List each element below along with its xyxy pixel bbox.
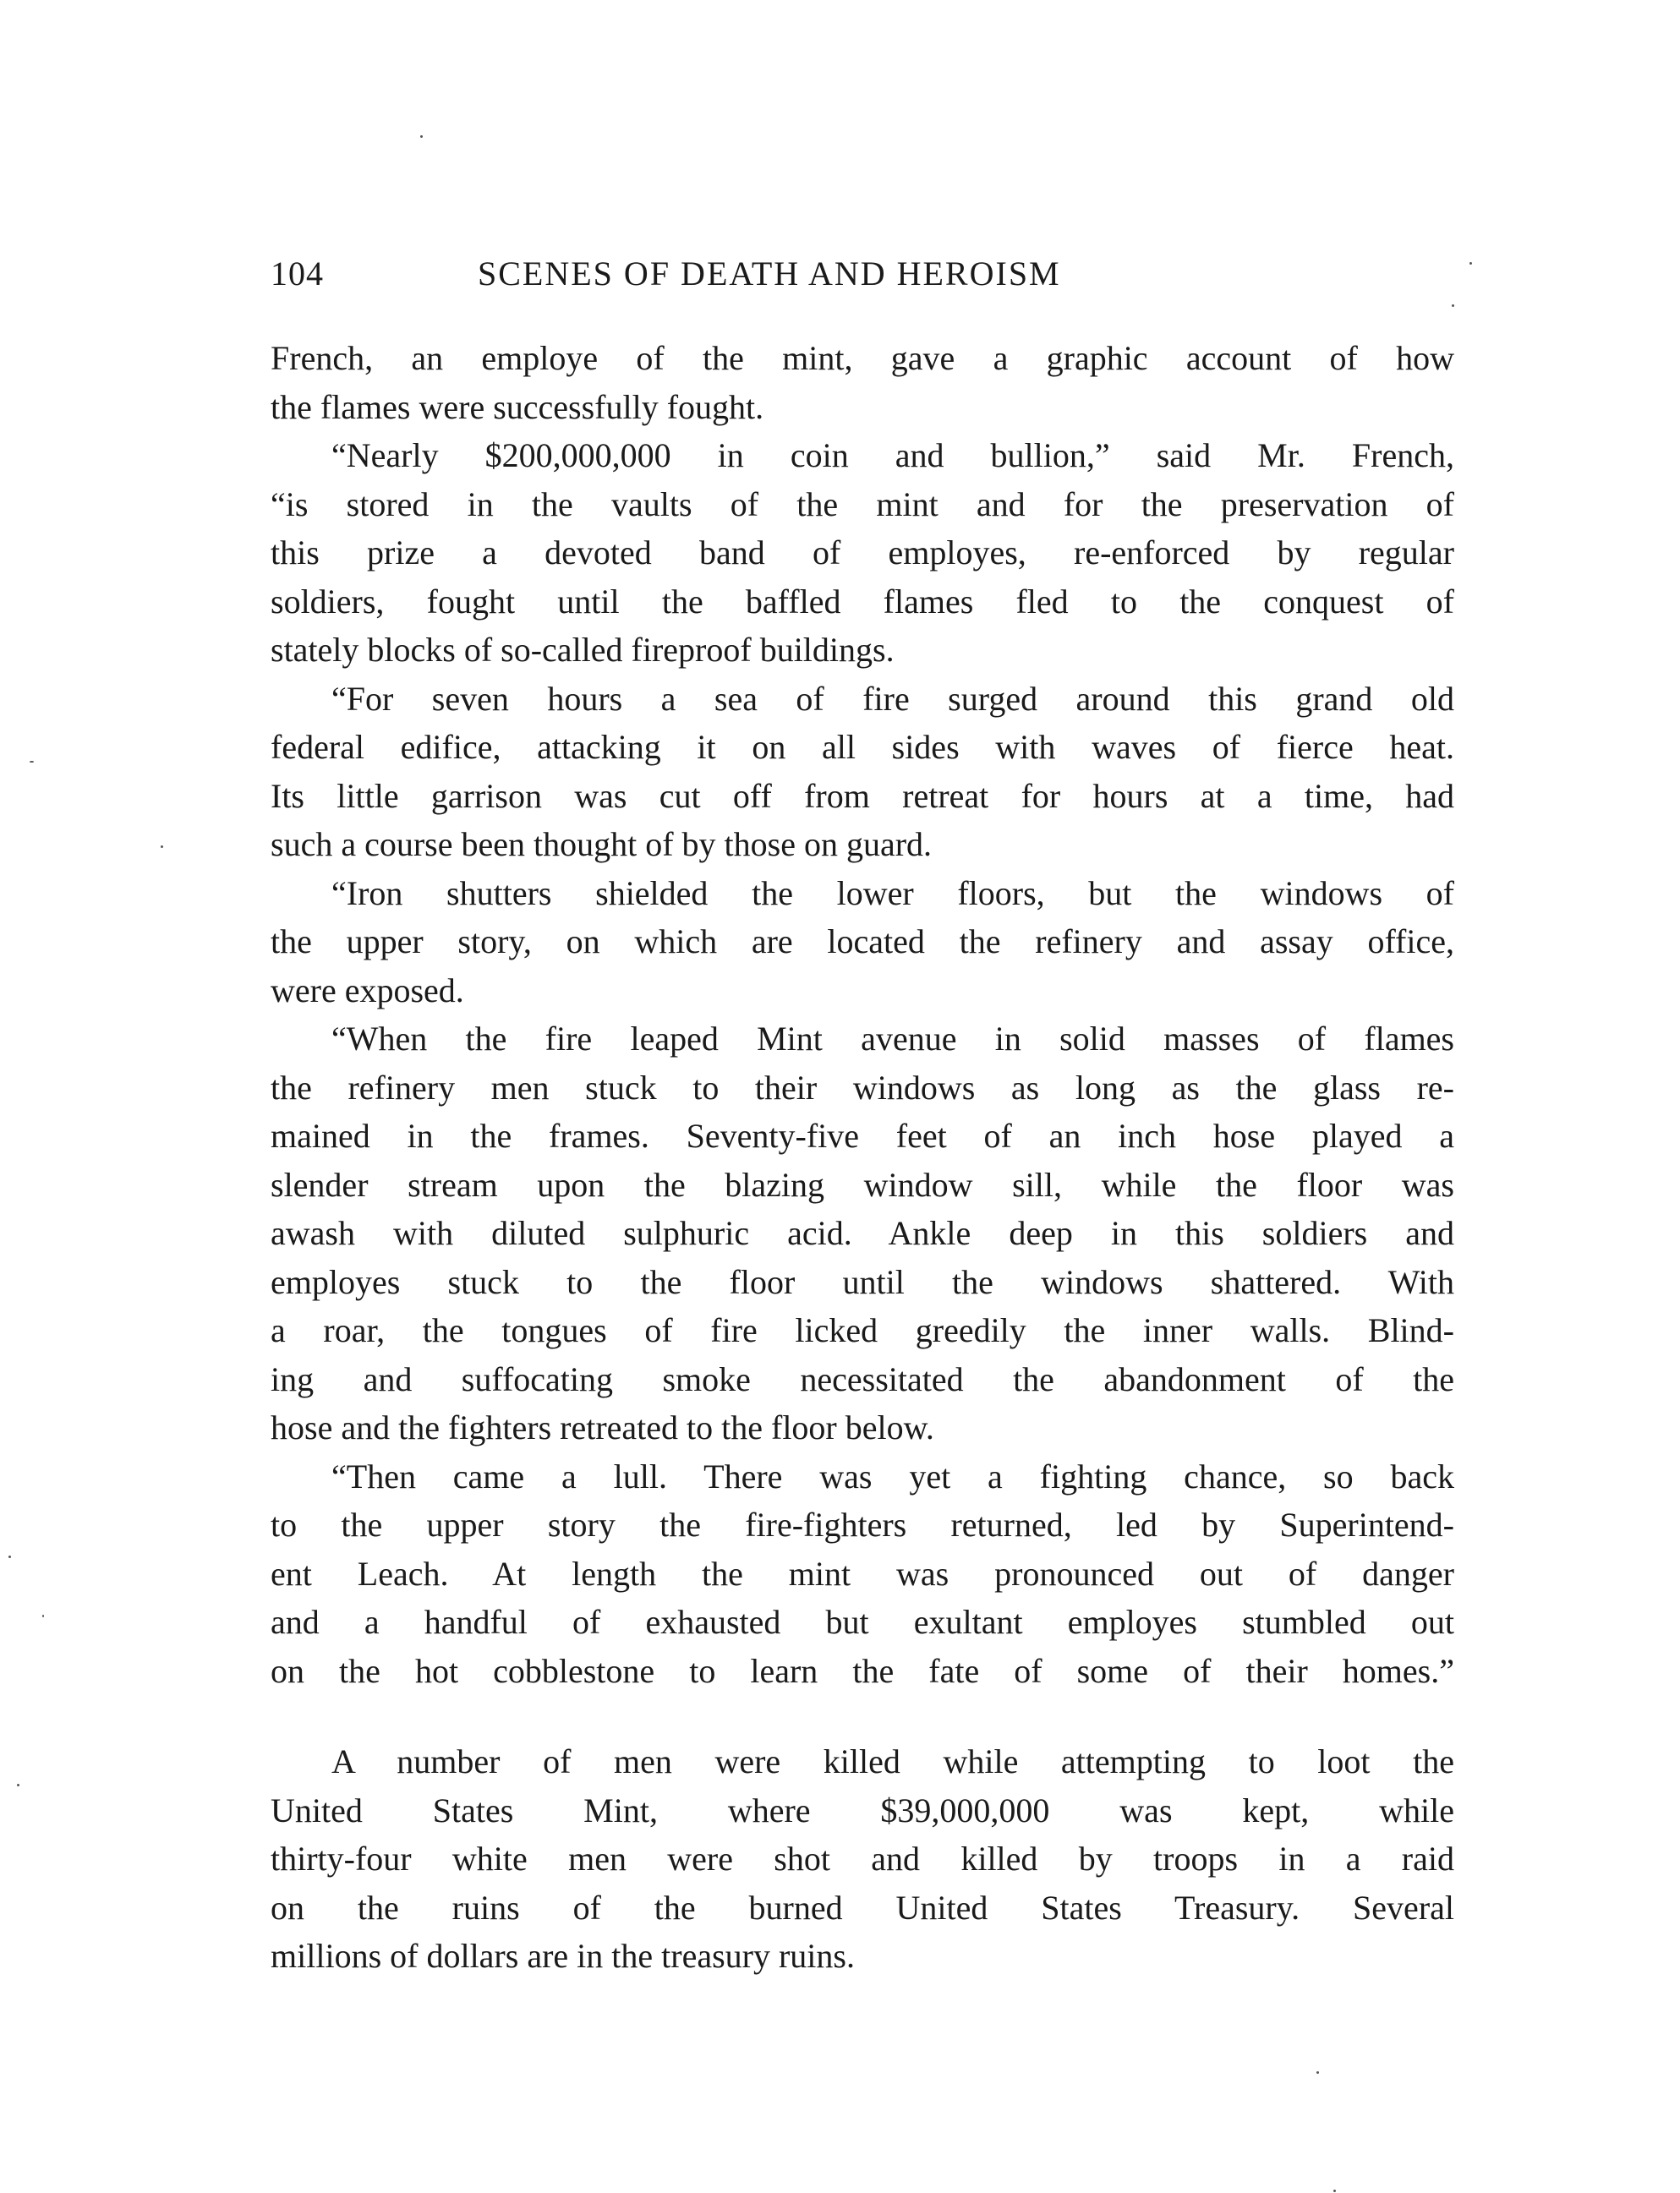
text-line: slender stream upon the blazing window s… xyxy=(271,1161,1454,1210)
book-page: 104 SCENES OF DEATH AND HEROISM French, … xyxy=(0,0,1680,2193)
text-line: “Then came a lull. There was yet a fight… xyxy=(271,1452,1454,1501)
text-line: on the hot cobblestone to learn the fate… xyxy=(271,1647,1454,1696)
scan-speck xyxy=(1452,304,1454,307)
text-line: “is stored in the vaults of the mint and… xyxy=(271,480,1454,529)
text-line: awash with diluted sulphuric acid. Ankle… xyxy=(271,1209,1454,1258)
text-line: “For seven hours a sea of fire surged ar… xyxy=(271,675,1454,724)
text-line: and a handful of exhausted but exultant … xyxy=(271,1598,1454,1647)
text-line: “Nearly $200,000,000 in coin and bullion… xyxy=(271,431,1454,480)
text-line: the flames were successfully fought. xyxy=(271,383,1454,432)
text-line: ing and suffocating smoke necessitated t… xyxy=(271,1355,1454,1404)
scan-speck xyxy=(42,1615,44,1617)
text-line: millions of dollars are in the treasury … xyxy=(271,1932,1454,1981)
text-line: hose and the fighters retreated to the f… xyxy=(271,1403,1454,1452)
text-line: on the ruins of the burned United States… xyxy=(271,1884,1454,1933)
text-line: the upper story, on which are located th… xyxy=(271,917,1454,966)
body-text-block-2: A number of men were killed while attemp… xyxy=(271,1737,1454,1981)
scan-speck xyxy=(30,761,34,763)
text-line: employes stuck to the floor until the wi… xyxy=(271,1258,1454,1307)
scan-speck xyxy=(1469,262,1472,265)
scan-speck xyxy=(17,1784,19,1786)
text-line: such a course been thought of by those o… xyxy=(271,820,1454,869)
running-title: SCENES OF DEATH AND HEROISM xyxy=(478,254,1061,293)
text-line: the refinery men stuck to their windows … xyxy=(271,1064,1454,1113)
scan-speck xyxy=(8,1556,11,1558)
text-line: mained in the frames. Seventy-five feet … xyxy=(271,1112,1454,1161)
text-line: “When the fire leaped Mint avenue in sol… xyxy=(271,1014,1454,1064)
body-text-block-1: French, an employe of the mint, gave a g… xyxy=(271,334,1454,1695)
text-line: thirty-four white men were shot and kill… xyxy=(271,1835,1454,1884)
text-line: this prize a devoted band of employes, r… xyxy=(271,528,1454,577)
text-line: to the upper story the fire-fighters ret… xyxy=(271,1501,1454,1550)
text-line: stately blocks of so-called fireproof bu… xyxy=(271,626,1454,675)
text-line: federal edifice, attacking it on all sid… xyxy=(271,723,1454,772)
text-line: United States Mint, where $39,000,000 wa… xyxy=(271,1786,1454,1835)
text-line: were exposed. xyxy=(271,966,1454,1015)
text-line: French, an employe of the mint, gave a g… xyxy=(271,334,1454,383)
text-line: Its little garrison was cut off from ret… xyxy=(271,772,1454,821)
page-number: 104 xyxy=(271,254,324,293)
scan-speck xyxy=(420,135,423,138)
text-line: A number of men were killed while attemp… xyxy=(271,1737,1454,1786)
text-line: soldiers, fought until the baffled flame… xyxy=(271,577,1454,626)
scan-speck xyxy=(161,845,163,848)
running-head: 104 SCENES OF DEATH AND HEROISM xyxy=(271,254,1243,304)
text-line: a roar, the tongues of fire licked greed… xyxy=(271,1306,1454,1355)
scan-speck xyxy=(1333,2190,1336,2192)
text-line: ent Leach. At length the mint was pronou… xyxy=(271,1550,1454,1599)
text-line: “Iron shutters shielded the lower floors… xyxy=(271,869,1454,918)
scan-speck xyxy=(1316,2071,1319,2074)
